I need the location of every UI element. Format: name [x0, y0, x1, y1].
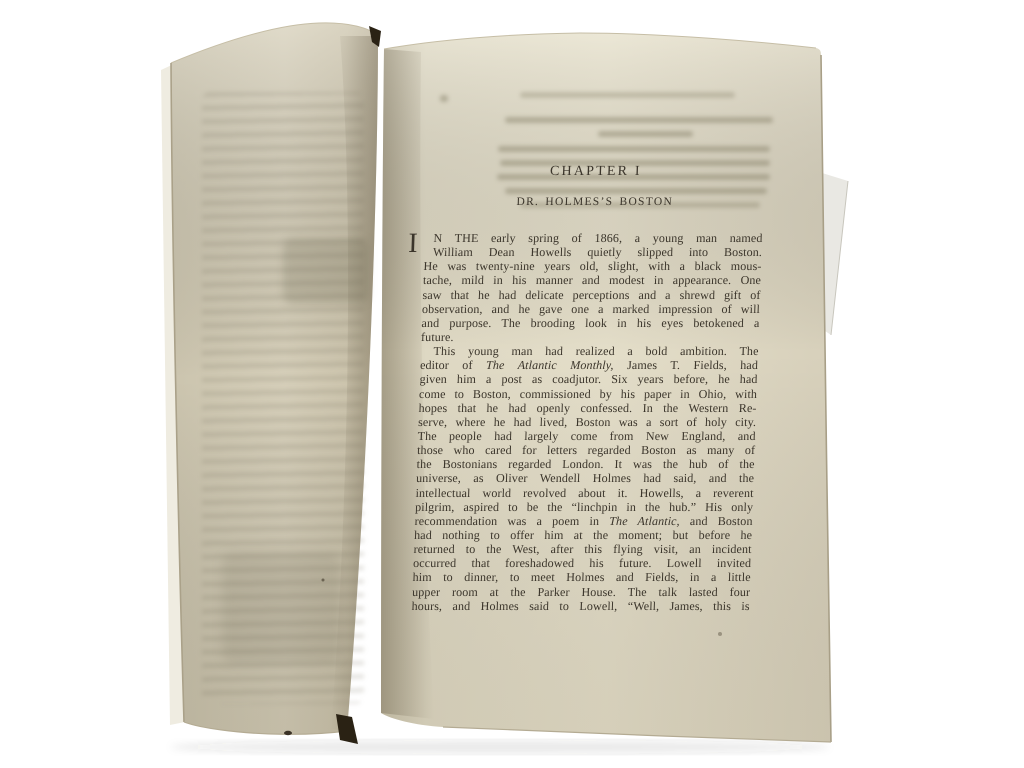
text-line: had nothing to offer him at the moment; … — [414, 528, 752, 542]
drop-cap: I — [408, 231, 418, 257]
section-heading: DR. HOLMES’S BOSTON — [426, 196, 764, 208]
left-page-ghost-patch — [222, 552, 340, 664]
spine-notch-bottom — [336, 714, 358, 744]
text-line: observation, and he gave one a marked im… — [422, 302, 760, 316]
text-line: William Dean Howells quietly slipped int… — [424, 245, 762, 259]
text-line: occurred that foreshadowed his future. L… — [413, 556, 751, 570]
book-shadow — [170, 740, 830, 754]
left-page-ghost-patch — [283, 238, 369, 304]
page-smudge — [284, 731, 292, 735]
text-line: recommendation was a poem in The Atlanti… — [414, 514, 752, 528]
text-line: saw that he had delicate perceptions and… — [422, 288, 760, 302]
text-line: N THE early spring of 1866, a young man … — [424, 231, 762, 245]
text-line: the Bostonians regarded London. It was t… — [416, 457, 754, 471]
text-line: The people had largely come from New Eng… — [417, 429, 755, 443]
text-line: universe, as Oliver Wendell Holmes had s… — [416, 471, 754, 485]
text-line: hours, and Holmes said to Lowell, “Well,… — [411, 599, 749, 613]
text-line: hopes that he had openly confessed. In t… — [418, 401, 756, 415]
book-photo: CHAPTER I DR. HOLMES’S BOSTON I N THE ea… — [0, 0, 1024, 768]
text-line: He was twenty-nine years old, slight, wi… — [423, 259, 761, 273]
text-line: serve, where he had lived, Boston was a … — [418, 415, 756, 429]
text-line: those who cared for letters regarded Bos… — [417, 443, 755, 457]
text-line: tache, mild in his manner and modest in … — [423, 273, 761, 287]
text-line: him to dinner, to meet Holmes and Fields… — [412, 570, 750, 584]
text-line: given him a post as coadjutor. Six years… — [419, 372, 757, 386]
text-line: pilgrim, aspired to be the “linchpin in … — [415, 500, 753, 514]
text-line: editor of The Atlantic Monthly, James T.… — [420, 358, 758, 372]
right-page-text: CHAPTER I DR. HOLMES’S BOSTON I N THE ea… — [411, 155, 765, 625]
text-line: come to Boston, commissioned by his pape… — [419, 387, 757, 401]
text-line: future. — [421, 330, 759, 344]
text-line: intellectual world revolved about it. Ho… — [415, 486, 753, 500]
text-line: upper room at the Parker House. The talk… — [412, 585, 750, 599]
paragraphs: I N THE early spring of 1866, a young ma… — [411, 231, 762, 613]
text-line: and purpose. The brooding look in his ey… — [421, 316, 759, 330]
page-speck — [718, 632, 722, 636]
text-line: This young man had realized a bold ambit… — [420, 344, 758, 358]
chapter-heading: CHAPTER I — [427, 164, 766, 180]
text-line: returned to the West, after this flying … — [413, 542, 751, 556]
